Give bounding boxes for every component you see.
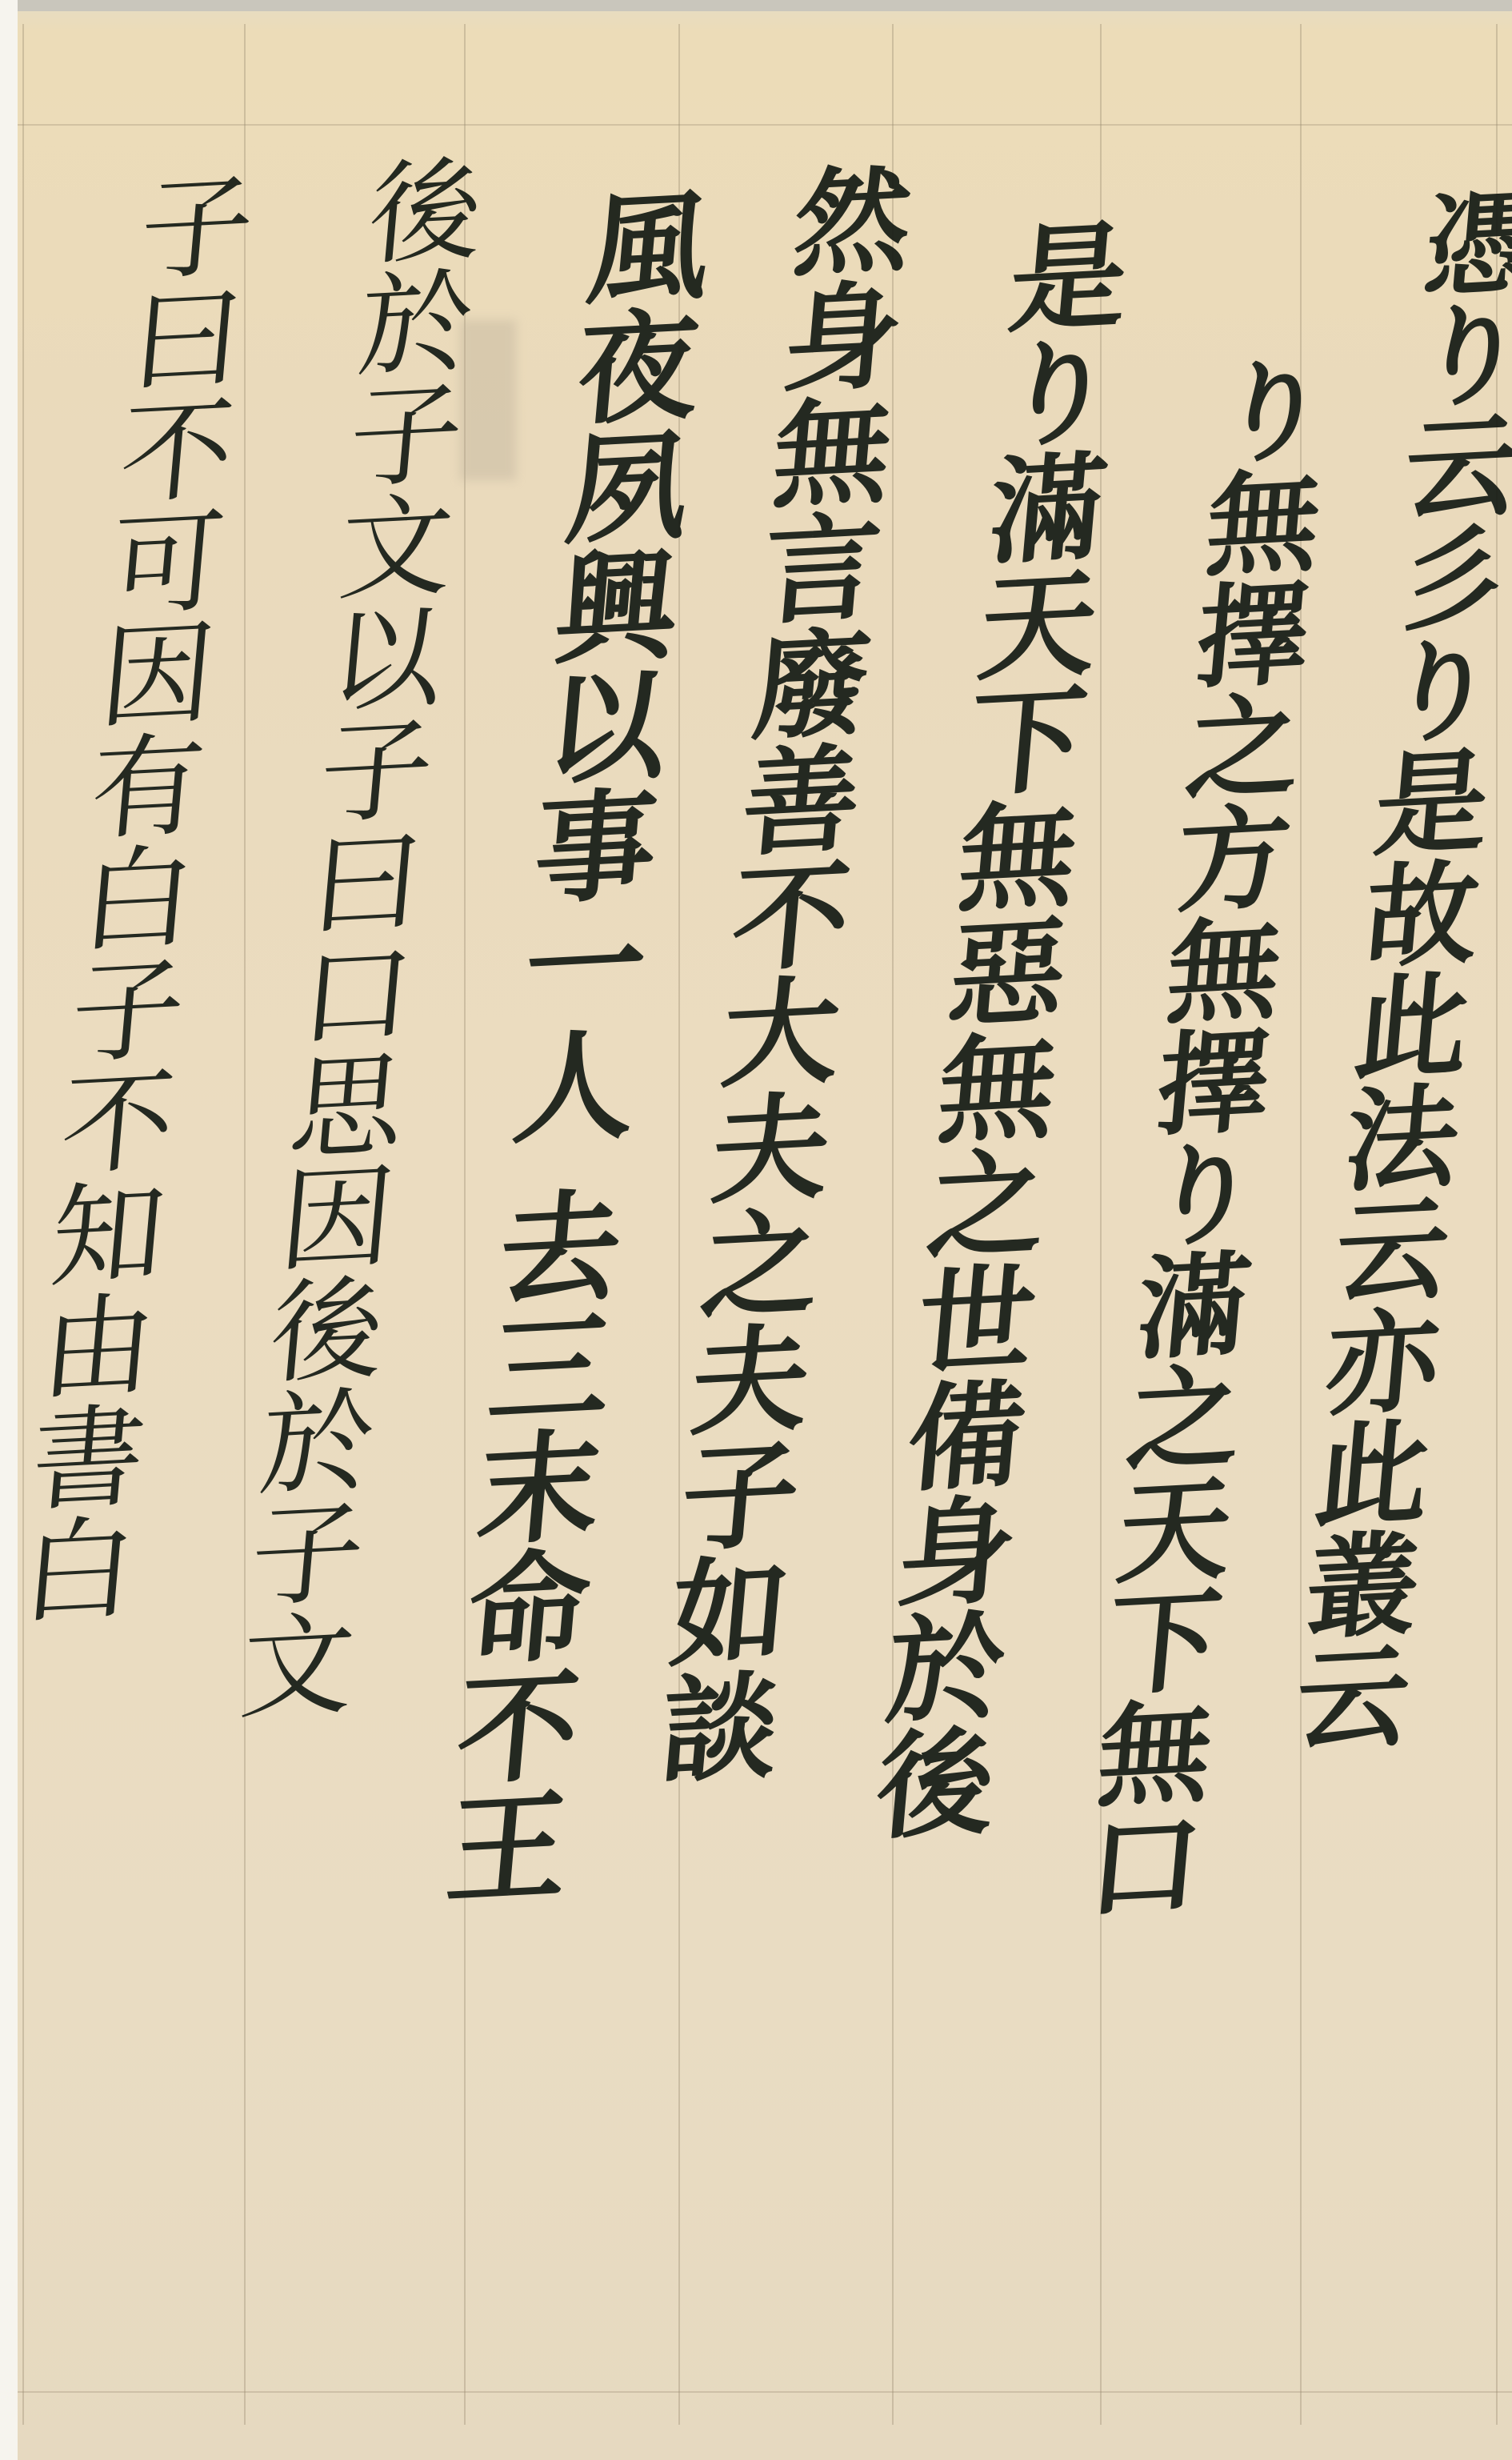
column-text: 是り滿天下無惡無之世備身於後	[862, 214, 1122, 1843]
text-column-2: り無擇之方無擇り滿之天下無口	[1120, 352, 1280, 1921]
text-column-1: 憑り云彡り是故此法云亦此叢云	[1328, 184, 1488, 1753]
column-rule	[244, 24, 246, 2425]
column-text: 後於子文以子曰口思因後於子文	[226, 150, 477, 1723]
column-text: 子曰不可因有白子不知由書白	[7, 166, 248, 1627]
text-column-4: 然身無言廢善不大夫之夫子如談	[696, 160, 856, 1785]
top-border	[0, 0, 1512, 11]
text-column-6: 後於子文以子曰口思因後於子文	[272, 152, 432, 1721]
text-column-5: 風夜夙興以事一人 去三末命不王	[488, 184, 648, 1906]
left-margin	[0, 0, 18, 2460]
bottom-rule	[18, 2391, 1512, 2393]
text-column-3: 是り滿天下無惡無之世備身於後	[912, 216, 1072, 1841]
column-rule	[22, 24, 24, 2425]
text-column-7: 子曰不可因有白子不知由書白	[48, 168, 208, 1625]
calligraphy-sheet: 憑り云彡り是故此法云亦此叢云 り無擇之方無擇り滿之天下無口 是り滿天下無惡無之世…	[0, 0, 1512, 2460]
top-rule	[18, 124, 1512, 126]
